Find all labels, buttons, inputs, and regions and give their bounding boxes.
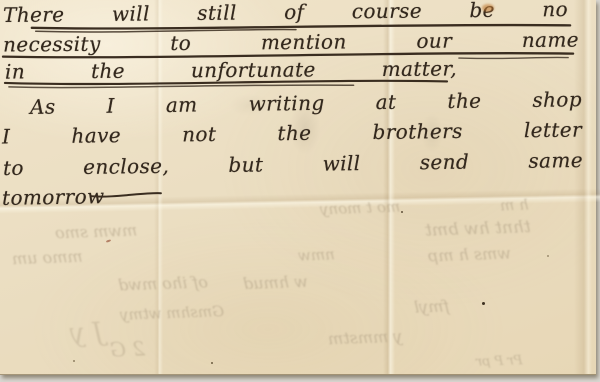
- letter-line-1: There will still of course be no: [3, 0, 568, 27]
- letter-line-7: tomorrow: [2, 184, 105, 210]
- ink-speck: [211, 362, 213, 364]
- ink-bleedthrough-fragment: J y: [69, 317, 103, 348]
- ink-speck: [482, 302, 485, 305]
- ink-bleedthrough-fragment: 2 G: [110, 336, 146, 361]
- ink-bleedthrough-fragment: wms h mp: [428, 244, 512, 266]
- ink-bleedthrough-fragment: thnt hw bmt: [425, 217, 531, 241]
- ink-bleedthrough-fragment: h m: [500, 196, 529, 215]
- letter-line-4: As I am writing at the shop: [30, 87, 582, 119]
- ink-bleedthrough-fragment: mmo um: [12, 247, 83, 268]
- ink-bleedthrough-fragment: Gmshm wtmy: [120, 302, 225, 324]
- ink-bleedthrough-fragment: mwm smo: [55, 221, 138, 243]
- letter-line-3: in the unfortunate matter,: [5, 56, 457, 83]
- letter-photo: mo t mony h m mwm smo thnt hw bmt mmo um…: [0, 0, 600, 382]
- ink-speck: [73, 360, 75, 362]
- letter-line-6: to enclose, but will send same: [3, 148, 583, 180]
- letter-paper: mo t mony h m mwm smo thnt hw bmt mmo um…: [0, 0, 596, 375]
- ink-bleedthrough-fragment: of iho mwd: [118, 272, 208, 294]
- ink-bleedthrough-fragment: w hmud: [243, 272, 308, 293]
- ink-bleedthrough-fragment: nmw: [298, 245, 335, 264]
- ink-bleedthrough-fragment: mo t mony: [320, 198, 401, 219]
- ink-bleedthrough-fragment: fmyl: [414, 296, 450, 316]
- letter-line-5: I have not the brothers letter: [2, 117, 582, 148]
- ink-bleedthrough-fragment: y mmstm: [328, 327, 403, 349]
- ink-speck: [547, 255, 549, 257]
- ink-bleedthrough-fragment: Pr P pr: [476, 353, 523, 370]
- ink-speck: [401, 211, 403, 213]
- letter-line-2: necessity to mention our name: [3, 27, 579, 56]
- right-edge-crease: [574, 0, 592, 374]
